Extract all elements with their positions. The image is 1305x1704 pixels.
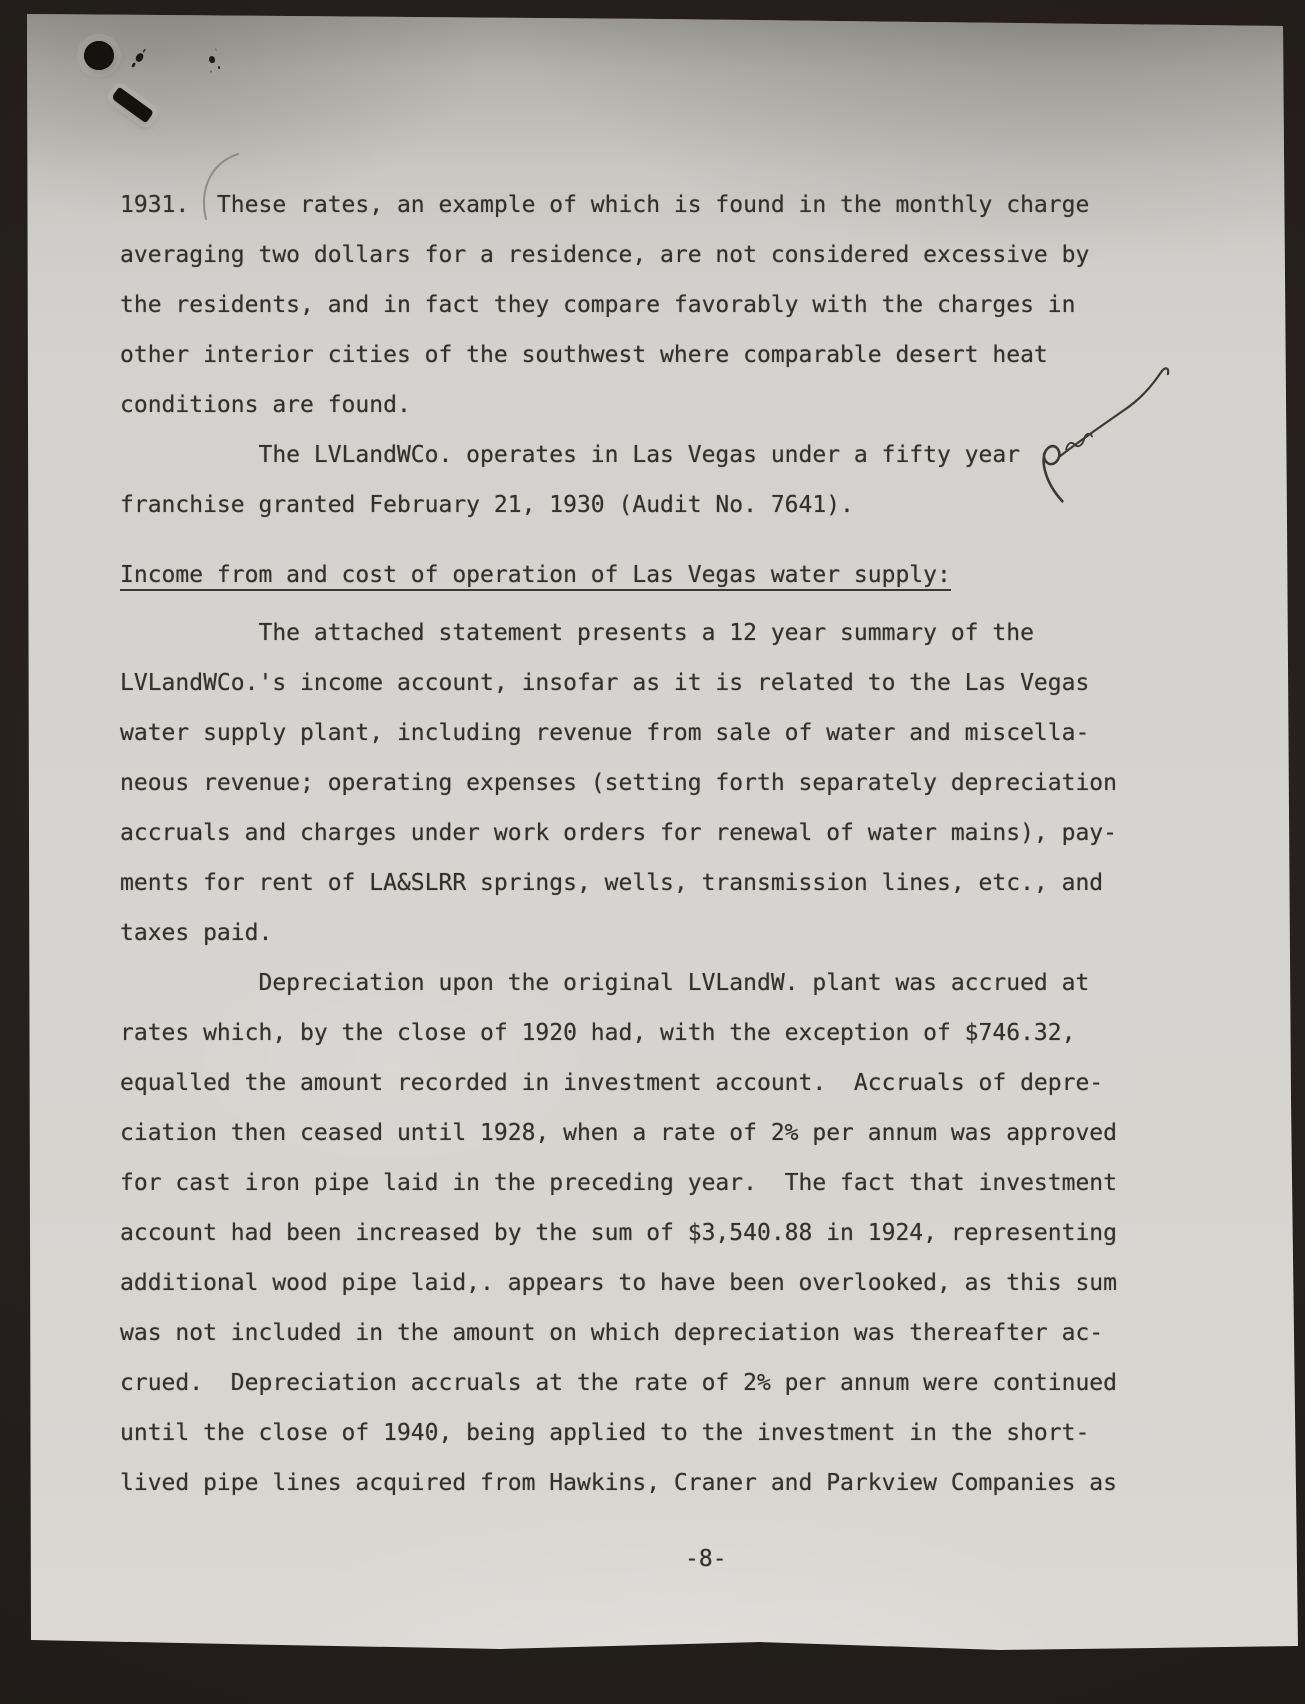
section-heading-text: Income from and cost of operation of Las… xyxy=(120,562,951,591)
text-line: additional wood pipe laid,. appears to h… xyxy=(120,1258,1150,1308)
text-line: averaging two dollars for a residence, a… xyxy=(120,230,1150,280)
text-line: rates which, by the close of 1920 had, w… xyxy=(120,1008,1150,1058)
text-line: water supply plant, including revenue fr… xyxy=(120,708,1150,758)
paragraph: The LVLandWCo. operates in Las Vegas und… xyxy=(120,430,1150,530)
paragraph: The attached statement presents a 12 yea… xyxy=(120,608,1150,958)
text-line: neous revenue; operating expenses (setti… xyxy=(120,758,1150,808)
text-line: The attached statement presents a 12 yea… xyxy=(120,608,1150,658)
text-line: Depreciation upon the original LVLandW. … xyxy=(120,958,1150,1008)
text-line: 1931. These rates, an example of which i… xyxy=(120,180,1150,230)
text-line: taxes paid. xyxy=(120,908,1150,958)
section-heading: Income from and cost of operation of Las… xyxy=(120,550,1150,600)
text-line: crued. Depreciation accruals at the rate… xyxy=(120,1358,1150,1408)
text-line: ciation then ceased until 1928, when a r… xyxy=(120,1108,1150,1158)
text-line: The LVLandWCo. operates in Las Vegas und… xyxy=(120,430,1150,480)
staple-slit-mark xyxy=(111,87,154,124)
hole-punch xyxy=(84,41,114,70)
text-line: the residents, and in fact they compare … xyxy=(120,280,1150,330)
text-line: lived pipe lines acquired from Hawkins, … xyxy=(120,1458,1150,1508)
ink-speck xyxy=(135,52,145,63)
page-number: -8- xyxy=(120,1534,1150,1584)
document-body: 1931. These rates, an example of which i… xyxy=(120,180,1150,1584)
text-line: equalled the amount recorded in investme… xyxy=(120,1058,1150,1108)
text-line: ments for rent of LA&SLRR springs, wells… xyxy=(120,858,1150,908)
paragraph: 1931. These rates, an example of which i… xyxy=(120,180,1150,430)
paragraph: Depreciation upon the original LVLandW. … xyxy=(120,958,1150,1508)
ink-speck xyxy=(209,56,215,63)
text-line: conditions are found. xyxy=(120,380,1150,430)
text-line: was not included in the amount on which … xyxy=(120,1308,1150,1358)
text-line: for cast iron pipe laid in the preceding… xyxy=(120,1158,1150,1208)
text-line: account had been increased by the sum of… xyxy=(120,1208,1150,1258)
paper-page: Permits 1931. These rates, an example of… xyxy=(0,0,1305,1704)
text-line: accruals and charges under work orders f… xyxy=(120,808,1150,858)
text-line: franchise granted February 21, 1930 (Aud… xyxy=(120,480,1150,530)
text-line: other interior cities of the southwest w… xyxy=(120,330,1150,380)
text-line: LVLandWCo.'s income account, insofar as … xyxy=(120,658,1150,708)
text-line: until the close of 1940, being applied t… xyxy=(120,1408,1150,1458)
